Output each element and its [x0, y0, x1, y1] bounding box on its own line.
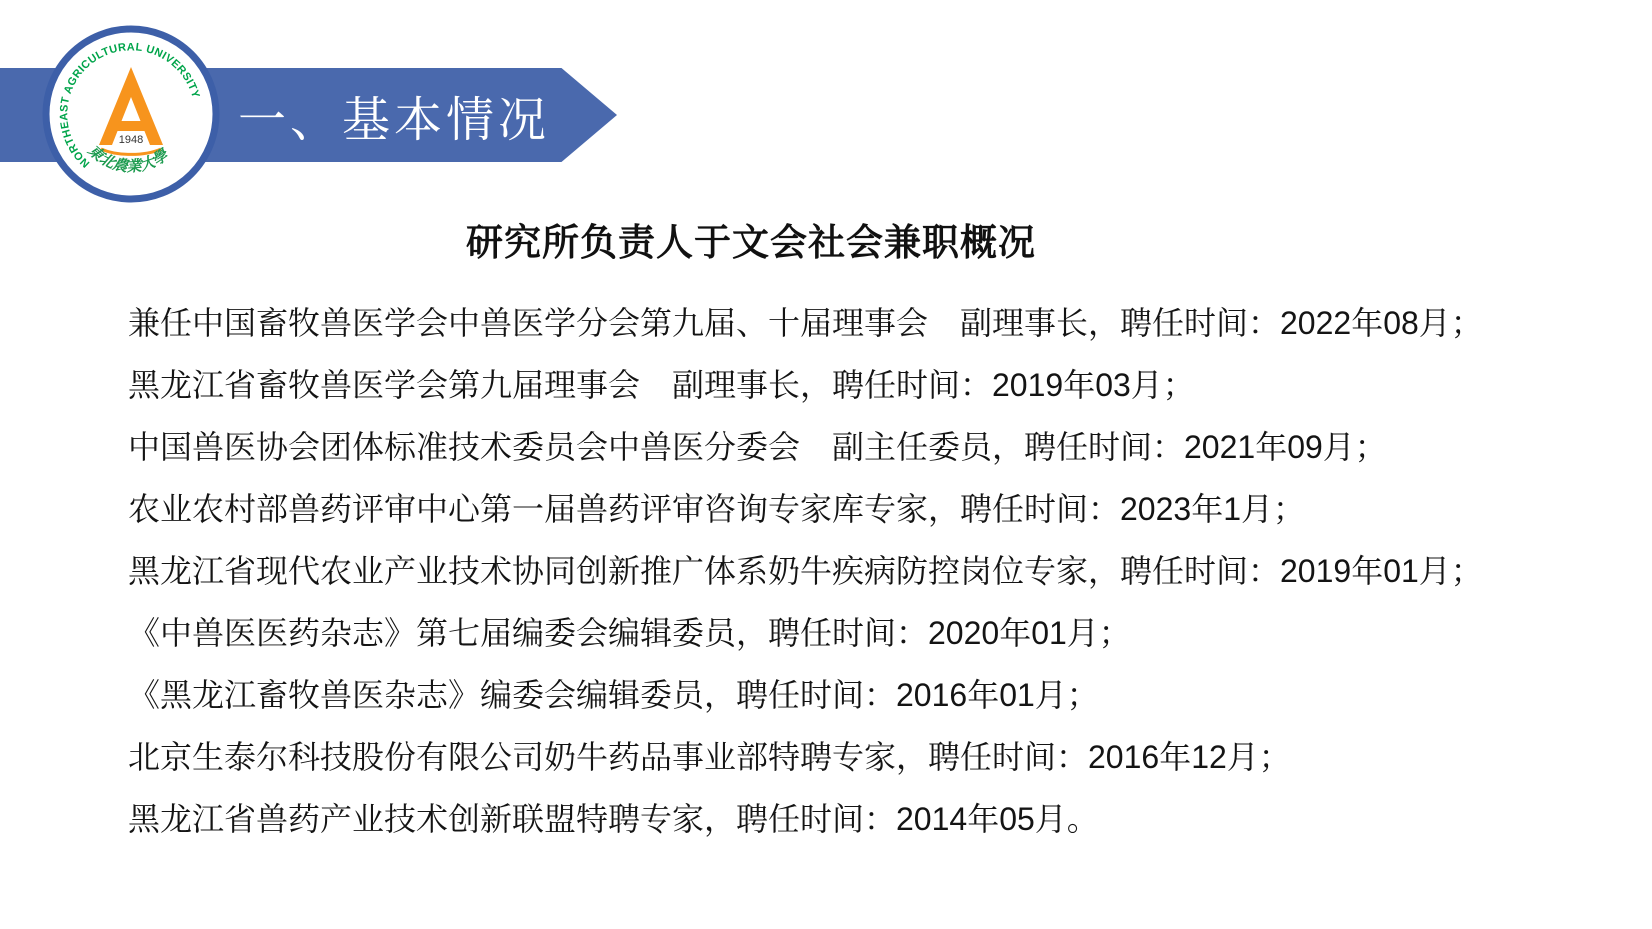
affiliation-item: 农业农村部兽药评审中心第一届兽药评审咨询专家库专家，聘任时间：2023年1月； [128, 478, 1612, 540]
affiliation-item: 兼任中国畜牧兽医学会中兽医学分会第九届、十届理事会 副理事长，聘任时间：2022… [128, 292, 1612, 354]
affiliation-item: 《中兽医医药杂志》第七届编委会编辑委员，聘任时间：2020年01月； [128, 602, 1612, 664]
affiliation-list: 兼任中国畜牧兽医学会中兽医学分会第九届、十届理事会 副理事长，聘任时间：2022… [128, 292, 1612, 850]
affiliation-item: 黑龙江省兽药产业技术创新联盟特聘专家，聘任时间：2014年05月。 [128, 788, 1612, 850]
university-logo-icon: NORTHEAST AGRICULTURAL UNIVERSITY 1948 東… [42, 25, 220, 203]
page-title: 研究所负责人于文会社会兼职概况 [0, 212, 1502, 266]
affiliation-item: 黑龙江省畜牧兽医学会第九届理事会 副理事长，聘任时间：2019年03月； [128, 354, 1612, 416]
affiliation-item: 《黑龙江畜牧兽医杂志》编委会编辑委员，聘任时间：2016年01月； [128, 664, 1612, 726]
affiliation-item: 北京生泰尔科技股份有限公司奶牛药品事业部特聘专家，聘任时间：2016年12月； [128, 726, 1612, 788]
logo-letter-a-crossbar [117, 121, 145, 131]
presentation-slide: 一、基本情况 NORTHEAST AGRICULTURAL UNIVERSITY… [0, 0, 1652, 929]
affiliation-item: 黑龙江省现代农业产业技术协同创新推广体系奶牛疾病防控岗位专家，聘任时间：2019… [128, 540, 1612, 602]
university-seal-icon: NORTHEAST AGRICULTURAL UNIVERSITY 1948 東… [42, 25, 220, 203]
logo-year: 1948 [119, 134, 143, 146]
affiliation-item: 中国兽医协会团体标准技术委员会中兽医分委会 副主任委员，聘任时间：2021年09… [128, 416, 1612, 478]
